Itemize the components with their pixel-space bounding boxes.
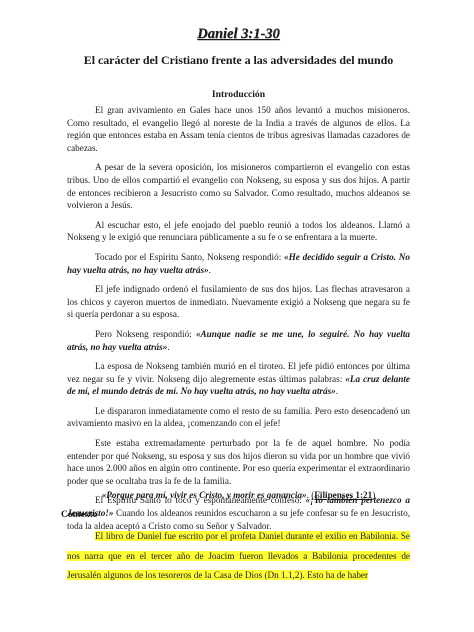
paragraph-text: El gran avivamiento en Gales hace unos 1… (67, 105, 410, 153)
paragraph-text: Al escuchar esto, el jefe enojado del pu… (67, 220, 410, 243)
scripture-reference-link[interactable]: Filipenses 1:21 (314, 490, 372, 500)
paragraph-text: . (167, 342, 169, 352)
paragraph: El gran avivamiento en Gales hace unos 1… (67, 104, 410, 154)
scripture-reference-title: Daniel 3:1-30 (67, 26, 410, 43)
paragraph-text: El jefe indignado ordenó el fusilamiento… (67, 284, 410, 319)
highlighted-text: El libro de Daniel fue escrito por el pr… (67, 531, 410, 580)
key-verse-quote: «Porque para mí, vivir es Cristo, y mori… (102, 490, 307, 500)
paragraph: A pesar de la severa oposición, los misi… (67, 161, 410, 211)
paragraph: Al escuchar esto, el jefe enojado del pu… (67, 219, 410, 244)
document-page: Daniel 3:1-30 El carácter del Cristiano … (0, 0, 474, 632)
paragraph: El jefe indignado ordenó el fusilamiento… (67, 283, 410, 321)
paragraph: Pero Nokseng respondió: «Aunque nadie se… (67, 328, 410, 353)
sermon-title: El carácter del Cristiano frente a las a… (67, 53, 410, 68)
key-verse: «Porque para mí, vivir es Cristo, y mori… (67, 489, 410, 502)
paragraph: Este estaba extremadamente perturbado po… (67, 437, 410, 487)
paragraph-text: Tocado por el Espíritu Santo, Nokseng re… (95, 252, 284, 262)
paragraph: Tocado por el Espíritu Santo, Nokseng re… (67, 251, 410, 276)
paragraph-text: Le dispararon inmediatamente como el res… (67, 406, 410, 429)
paragraph-text: A pesar de la severa oposición, los misi… (67, 162, 410, 210)
paragraph: La esposa de Nokseng también murió en el… (67, 360, 410, 398)
paragraph-text: Este estaba extremadamente perturbado po… (67, 438, 410, 486)
context-heading: Contexto (61, 510, 97, 520)
context-body: El libro de Daniel fue escrito por el pr… (67, 527, 410, 586)
paragraph-text: . (336, 386, 338, 396)
paragraph-text: Pero Nokseng respondió: (95, 329, 196, 339)
introduction-heading: Introducción (67, 89, 410, 100)
paragraph: Le dispararon inmediatamente como el res… (67, 405, 410, 430)
introduction-body: El gran avivamiento en Gales hace unos 1… (67, 104, 410, 539)
paragraph-text: . (209, 265, 211, 275)
key-verse-close: ) (372, 490, 375, 500)
